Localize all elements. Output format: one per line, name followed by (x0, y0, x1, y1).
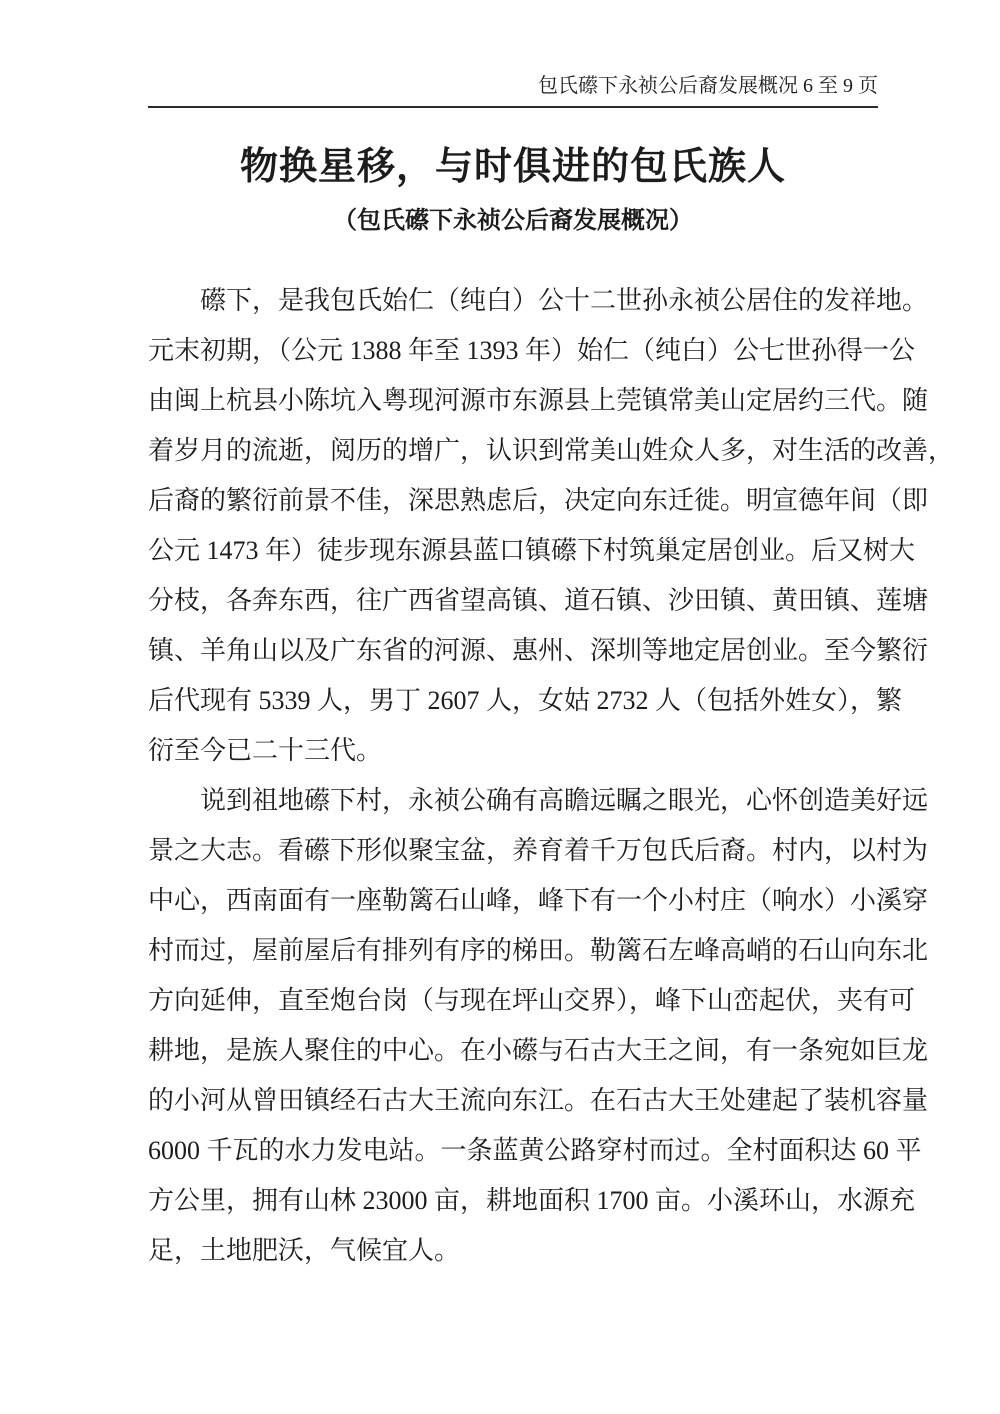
text-line: 分枝，各奔东西，往广西省望高镇、道石镇、沙田镇、黄田镇、莲塘 (148, 576, 878, 626)
text-line: 后代现有 5339 人，男丁 2607 人，女姑 2732 人（包括外姓女），繁 (148, 676, 878, 726)
text-line: 由闽上杭县小陈坑入粤现河源市东源县上莞镇常美山定居约三代。随 (148, 376, 878, 426)
text-line: 衍至今已二十三代。 (148, 726, 878, 776)
page-header: 包氏礤下永祯公后裔发展概况 6 至 9 页 (148, 72, 878, 108)
text-line: 后裔的繁衍前景不佳，深思熟虑后，决定向东迁徙。明宣德年间（即 (148, 476, 878, 526)
text-line: 元末初期，（公元 1388 年至 1393 年）始仁（纯白）公七世孙得一公 (148, 326, 878, 376)
text-line: 中心，西南面有一座勒篱石山峰，峰下有一个小村庄（响水）小溪穿 (148, 876, 878, 926)
text-line: 着岁月的流逝，阅历的增广，认识到常美山姓众人多，对生活的改善， (148, 426, 878, 476)
text-line: 耕地，是族人聚住的中心。在小礤与石古大王之间，有一条宛如巨龙 (148, 1026, 878, 1076)
text-line: 村而过，屋前屋后有排列有序的梯田。勒篱石左峰高峭的石山向东北 (148, 926, 878, 976)
document-body: 礤下，是我包氏始仁（纯白）公十二世孙永祯公居住的发祥地。 元末初期，（公元 13… (148, 276, 878, 1276)
text-line: 公元 1473 年）徒步现东源县蓝口镇礤下村筑巢定居创业。后又树大 (148, 526, 878, 576)
text-line: 礤下，是我包氏始仁（纯白）公十二世孙永祯公居住的发祥地。 (148, 276, 878, 326)
text-line: 方公里，拥有山林 23000 亩，耕地面积 1700 亩。小溪环山，水源充 (148, 1176, 878, 1226)
text-line: 方向延伸，直至炮台岗（与现在坪山交界），峰下山峦起伏，夹有可 (148, 976, 878, 1026)
text-line: 镇、羊角山以及广东省的河源、惠州、深圳等地定居创业。至今繁衍 (148, 626, 878, 676)
paragraph-1: 礤下，是我包氏始仁（纯白）公十二世孙永祯公居住的发祥地。 元末初期，（公元 13… (148, 276, 878, 776)
text-line: 6000 千瓦的水力发电站。一条蓝黄公路穿村而过。全村面积达 60 平 (148, 1126, 878, 1176)
running-header-text: 包氏礤下永祯公后裔发展概况 6 至 9 页 (538, 75, 878, 97)
text-line: 的小河从曾田镇经石古大王流向东江。在石古大王处建起了装机容量 (148, 1076, 878, 1126)
document-subtitle: （包氏礤下永祯公后裔发展概况） (148, 204, 878, 238)
paragraph-2: 说到祖地礤下村，永祯公确有高瞻远瞩之眼光，心怀创造美好远 景之大志。看礤下形似聚… (148, 776, 878, 1276)
document-page: 包氏礤下永祯公后裔发展概况 6 至 9 页 物换星移，与时俱进的包氏族人 （包氏… (0, 0, 1000, 1414)
text-line: 景之大志。看礤下形似聚宝盆，养育着千万包氏后裔。村内，以村为 (148, 826, 878, 876)
text-line: 足，土地肥沃，气候宜人。 (148, 1226, 878, 1276)
document-title: 物换星移，与时俱进的包氏族人 (148, 142, 878, 192)
text-line: 说到祖地礤下村，永祯公确有高瞻远瞩之眼光，心怀创造美好远 (148, 776, 878, 826)
